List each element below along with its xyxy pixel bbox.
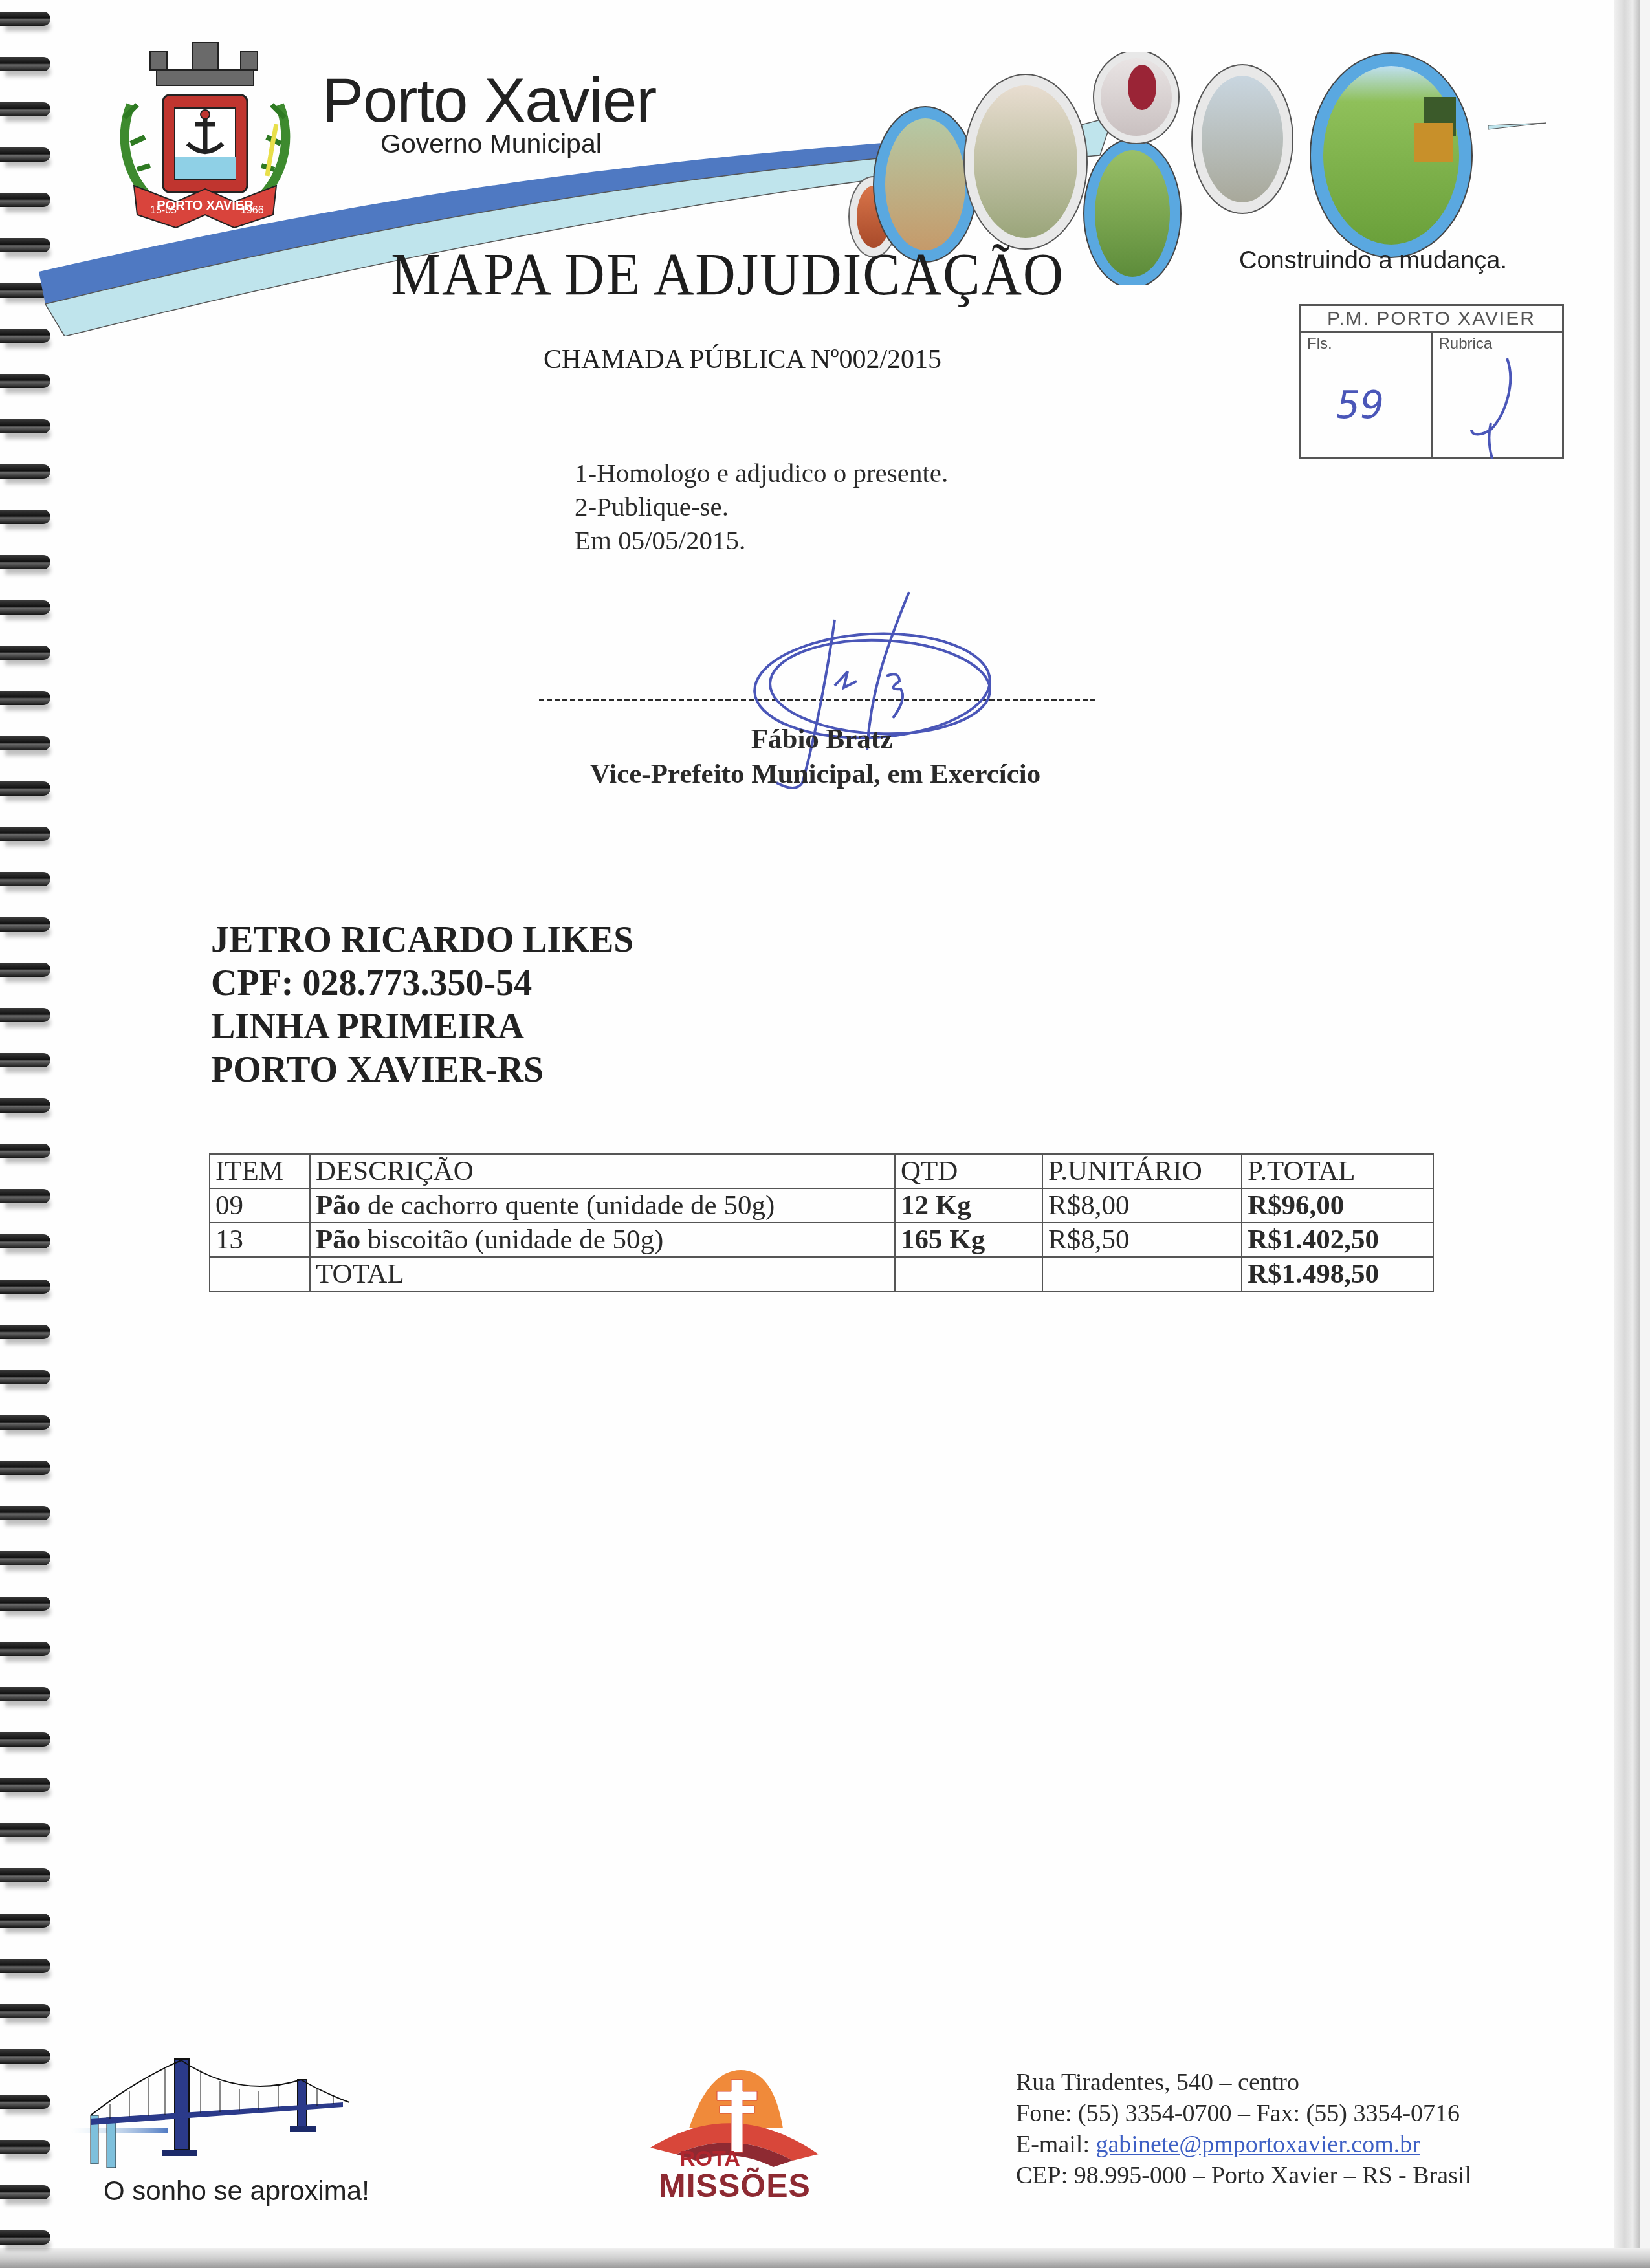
total-empty-cell (895, 1257, 1042, 1291)
spiral-coil (0, 1415, 50, 1430)
spiral-coil (0, 2185, 50, 2199)
signer-role: Vice-Prefeito Municipal, em Exercício (590, 758, 1041, 790)
total-value: R$1.498,50 (1242, 1257, 1433, 1291)
header-quantity: QTD (895, 1154, 1042, 1188)
adjudication-table: ITEM DESCRIÇÃO QTD P.UNITÁRIO P.TOTAL 09… (209, 1153, 1434, 1292)
total-label: TOTAL (310, 1257, 895, 1291)
bridge-icon (71, 2054, 408, 2170)
stamp-fls-cell: Fls. 59 (1301, 333, 1433, 459)
spiral-coil (0, 2049, 50, 2064)
spiral-coil (0, 1868, 50, 1882)
stamp-header: P.M. PORTO XAVIER (1301, 306, 1562, 333)
signer-name-row: Fábio Bratz (0, 723, 1650, 755)
document-subtitle: CHAMADA PÚBLICA Nº002/2015 (544, 344, 941, 375)
row-quantity: 12 Kg (895, 1188, 1042, 1223)
spiral-coil (0, 1732, 50, 1747)
despacho-line: 2-Publique-se. (575, 490, 948, 523)
row-item: 13 (210, 1223, 310, 1257)
spiral-coil (0, 600, 50, 615)
spiral-coil (0, 872, 50, 886)
spiral-coil (0, 1189, 50, 1203)
signer-role-row: Vice-Prefeito Municipal, em Exercício (0, 758, 1650, 790)
row-unit-price: R$8,00 (1042, 1188, 1242, 1223)
spiral-coil (0, 1144, 50, 1158)
supplier-city: PORTO XAVIER-RS (211, 1049, 633, 1092)
row-description: Pão de cachorro quente (unidade de 50g) (310, 1188, 895, 1223)
contact-address: Rua Tiradentes, 540 – centro (1016, 2067, 1471, 2098)
total-empty-cell (210, 1257, 310, 1291)
missoes-text: MISSÕES (659, 2167, 811, 2205)
table-row: 13 Pão biscoitão (unidade de 50g) 165 Kg… (210, 1223, 1433, 1257)
spiral-coil (0, 1959, 50, 1973)
spiral-coil (0, 827, 50, 841)
spiral-coil (0, 1461, 50, 1475)
spiral-coil (0, 2140, 50, 2154)
row-description-rest: de cachorro quente (unidade de 50g) (360, 1190, 775, 1221)
spiral-coil (0, 374, 50, 388)
table-row: 09 Pão de cachorro quente (unidade de 50… (210, 1188, 1433, 1223)
despacho-line: 1-Homologo e adjudico o presente. (575, 456, 948, 490)
row-quantity: 165 Kg (895, 1223, 1042, 1257)
total-empty-cell (1042, 1257, 1242, 1291)
spiral-coil (0, 1506, 50, 1520)
spiral-coil (0, 1280, 50, 1294)
rubrica-signature-icon (1452, 345, 1549, 462)
row-item: 09 (210, 1188, 310, 1223)
spiral-coil (0, 1551, 50, 1565)
spiral-coil (0, 1370, 50, 1384)
contact-phone: Fone: (55) 3354-0700 – Fax: (55) 3354-07… (1016, 2098, 1471, 2129)
spiral-coil (0, 419, 50, 433)
row-description-bold: Pão (316, 1190, 360, 1221)
spiral-coil (0, 2230, 50, 2245)
municipality-name: Porto Xavier (322, 70, 656, 132)
spiral-coil (0, 2004, 50, 2018)
spiral-coil (0, 1008, 50, 1022)
spiral-coil (0, 963, 50, 977)
spiral-binding (0, 0, 58, 2268)
stamp-rubrica-cell: Rubrica (1433, 333, 1563, 459)
spiral-coil (0, 510, 50, 524)
spiral-coil (0, 1642, 50, 1656)
document-title-row: MAPA DE ADJUDICAÇÃO (0, 239, 1631, 309)
header-total-price: P.TOTAL (1242, 1154, 1433, 1188)
spiral-coil (0, 464, 50, 479)
page-edge-bottom (0, 2248, 1650, 2268)
svg-text:15-05: 15-05 (150, 205, 177, 216)
spiral-coil (0, 1234, 50, 1248)
row-total-price: R$1.402,50 (1242, 1223, 1433, 1257)
page-stamp: P.M. PORTO XAVIER Fls. 59 Rubrica (1299, 304, 1564, 459)
spiral-coil (0, 1053, 50, 1067)
spiral-coil (0, 646, 50, 660)
despacho-block: 1-Homologo e adjudico o presente. 2-Publ… (575, 456, 948, 557)
header-item: ITEM (210, 1154, 310, 1188)
spiral-coil (0, 1914, 50, 1928)
row-description-rest: biscoitão (unidade de 50g) (360, 1225, 663, 1255)
spiral-coil (0, 1823, 50, 1837)
page-edge-right (1614, 0, 1640, 2268)
table-header-row: ITEM DESCRIÇÃO QTD P.UNITÁRIO P.TOTAL (210, 1154, 1433, 1188)
table-total-row: TOTAL R$1.498,50 (210, 1257, 1433, 1291)
signer-name: Fábio Bratz (751, 723, 893, 755)
spiral-coil (0, 1687, 50, 1701)
document-title: MAPA DE ADJUDICAÇÃO (391, 239, 1065, 309)
supplier-address: LINHA PRIMEIRA (211, 1005, 633, 1049)
svg-text:1966: 1966 (241, 205, 264, 216)
spiral-coil (0, 2095, 50, 2109)
contact-email-label: E-mail: (1016, 2131, 1095, 2158)
row-description: Pão biscoitão (unidade de 50g) (310, 1223, 895, 1257)
supplier-cpf: CPF: 028.773.350-54 (211, 962, 633, 1005)
spiral-coil (0, 1597, 50, 1611)
spiral-coil (0, 555, 50, 569)
contact-email-row: E-mail: gabinete@pmportoxavier.com.br (1016, 2129, 1471, 2160)
row-description-bold: Pão (316, 1225, 360, 1255)
stamp-fls-value: 59 (1336, 383, 1384, 427)
row-unit-price: R$8,50 (1042, 1223, 1242, 1257)
despacho-line: Em 05/05/2015. (575, 523, 948, 557)
footer-slogan: O sonho se aproxima! (104, 2175, 369, 2207)
signature-line (539, 699, 1095, 701)
coat-of-arms-icon: PORTO XAVIER 15-05 1966 (111, 34, 299, 228)
supplier-name: JETRO RICARDO LIKES (211, 919, 633, 962)
contact-email-link[interactable]: gabinete@pmportoxavier.com.br (1095, 2131, 1420, 2158)
municipality-subtitle: Governo Municipal (380, 131, 602, 157)
spiral-coil (0, 1325, 50, 1339)
row-total-price: R$96,00 (1242, 1188, 1433, 1223)
spiral-coil (0, 691, 50, 705)
spiral-coil (0, 1778, 50, 1792)
header-description: DESCRIÇÃO (310, 1154, 895, 1188)
spiral-coil (0, 1098, 50, 1113)
header-unit-price: P.UNITÁRIO (1042, 1154, 1242, 1188)
supplier-block: JETRO RICARDO LIKES CPF: 028.773.350-54 … (211, 919, 633, 1092)
contact-cep: CEP: 98.995-000 – Porto Xavier – RS - Br… (1016, 2160, 1471, 2191)
stamp-fls-label: Fls. (1307, 335, 1332, 353)
contact-block: Rua Tiradentes, 540 – centro Fone: (55) … (1016, 2067, 1471, 2191)
spiral-coil (0, 917, 50, 932)
